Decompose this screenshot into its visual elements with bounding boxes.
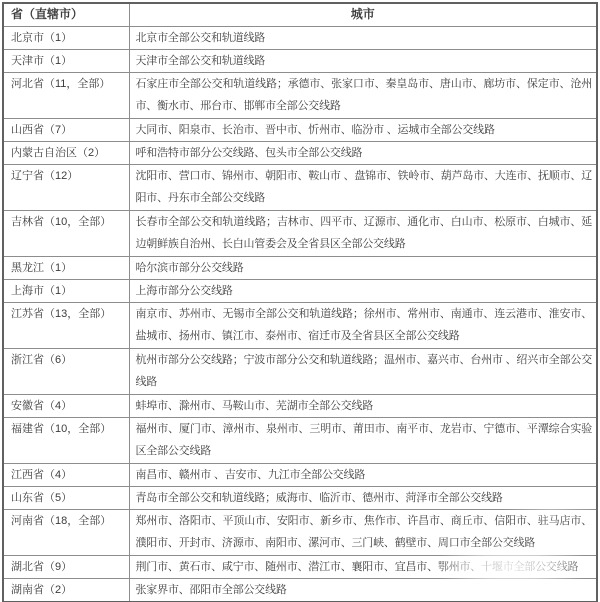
cities-cell: 上海市部分公交线路 <box>129 279 597 302</box>
cities-cell: 石家庄市全部公交和轨道线路；承德市、张家口市、秦皇岛市、唐山市、廊坊市、保定市、… <box>129 72 597 118</box>
province-cell: 安徽省（4） <box>3 394 129 417</box>
table-row: 河北省（11，全部） 石家庄市全部公交和轨道线路；承德市、张家口市、秦皇岛市、唐… <box>3 72 597 118</box>
province-cell: 吉林省（10，全部） <box>3 210 129 256</box>
table-row: 天津市（1） 天津市全部公交和轨道线路 <box>3 49 597 72</box>
table-row: 福建省（10，全部） 福州市、厦门市、漳州市、泉州市、三明市、莆田市、南平市、龙… <box>3 417 597 463</box>
table-row: 江西省（4） 南昌市、赣州市 、吉安市、九江市全部公交线路 <box>3 463 597 486</box>
header-row: 省（直辖市） 城市 <box>3 3 597 26</box>
province-cell: 上海市（1） <box>3 279 129 302</box>
cities-cell: 荆门市、黄石市、咸宁市、随州市、潜江市、襄阳市、宜昌市、鄂州市、十堰市全部公交线… <box>129 555 597 578</box>
table-row: 上海市（1） 上海市部分公交线路 <box>3 279 597 302</box>
table-row: 内蒙古自治区（2） 呼和浩特市部分公交线路、包头市全部公交线路 <box>3 141 597 164</box>
cities-cell: 北京市全部公交和轨道线路 <box>129 26 597 49</box>
cities-cell: 南京市、苏州市、无锡市全部公交和轨道线路；徐州市、常州市、南通市、连云港市、淮安… <box>129 302 597 348</box>
cities-cell: 郑州市、洛阳市、平顶山市、安阳市、新乡市、焦作市、许昌市、商丘市、信阳市、驻马店… <box>129 509 597 555</box>
province-cell: 福建省（10，全部） <box>3 417 129 463</box>
cities-cell: 大同市、阳泉市、长治市、晋中市、忻州市、临汾市 、运城市全部公交线路 <box>129 118 597 141</box>
page: 省（直辖市） 城市 北京市（1） 北京市全部公交和轨道线路 天津市（1） 天津市… <box>0 0 600 602</box>
table-row: 湖南省（2） 张家界市、邵阳市全部公交线路 <box>3 578 597 602</box>
cities-cell: 南昌市、赣州市 、吉安市、九江市全部公交线路 <box>129 463 597 486</box>
table-row: 安徽省（4） 蚌埠市、滁州市、马鞍山市、芜湖市全部公交线路 <box>3 394 597 417</box>
cities-cell: 天津市全部公交和轨道线路 <box>129 49 597 72</box>
province-cell: 河南省（18，全部） <box>3 509 129 555</box>
province-cell: 江苏省（13，全部） <box>3 302 129 348</box>
province-cell: 北京市（1） <box>3 26 129 49</box>
province-cell: 湖南省（2） <box>3 578 129 602</box>
header-province: 省（直辖市） <box>3 3 129 26</box>
cities-cell: 呼和浩特市部分公交线路、包头市全部公交线路 <box>129 141 597 164</box>
province-cell: 湖北省（9） <box>3 555 129 578</box>
cities-cell: 哈尔滨市部分公交线路 <box>129 256 597 279</box>
province-cell: 天津市（1） <box>3 49 129 72</box>
province-cell: 山西省（7） <box>3 118 129 141</box>
table-row: 河南省（18，全部） 郑州市、洛阳市、平顶山市、安阳市、新乡市、焦作市、许昌市、… <box>3 509 597 555</box>
table-row: 山东省（5） 青岛市全部公交和轨道线路；威海市、临沂市、德州市、菏泽市全部公交线… <box>3 486 597 509</box>
table-row: 浙江省（6） 杭州市部分公交线路；宁波市部分公交和轨道线路；温州市、嘉兴市、台州… <box>3 348 597 394</box>
table-row: 江苏省（13，全部） 南京市、苏州市、无锡市全部公交和轨道线路；徐州市、常州市、… <box>3 302 597 348</box>
province-cell: 黑龙江（1） <box>3 256 129 279</box>
table-row: 北京市（1） 北京市全部公交和轨道线路 <box>3 26 597 49</box>
table-row: 黑龙江（1） 哈尔滨市部分公交线路 <box>3 256 597 279</box>
cities-cell: 沈阳市、营口市、锦州市、朝阳市、鞍山市 、盘锦市、铁岭市、葫芦岛市、大连市、抚顺… <box>129 164 597 210</box>
table-row: 辽宁省（12） 沈阳市、营口市、锦州市、朝阳市、鞍山市 、盘锦市、铁岭市、葫芦岛… <box>3 164 597 210</box>
province-cell: 辽宁省（12） <box>3 164 129 210</box>
province-cell: 河北省（11，全部） <box>3 72 129 118</box>
province-cell: 山东省（5） <box>3 486 129 509</box>
table-row: 吉林省（10，全部） 长春市全部公交和轨道线路；吉林市、四平市、辽源市、通化市、… <box>3 210 597 256</box>
cities-cell: 青岛市全部公交和轨道线路；威海市、临沂市、德州市、菏泽市全部公交线路 <box>129 486 597 509</box>
province-cell: 江西省（4） <box>3 463 129 486</box>
cities-cell: 长春市全部公交和轨道线路；吉林市、四平市、辽源市、通化市、白山市、松原市、白城市… <box>129 210 597 256</box>
cities-cell: 杭州市部分公交线路；宁波市部分公交和轨道线路；温州市、嘉兴市、台州市 、绍兴市全… <box>129 348 597 394</box>
province-city-table: 省（直辖市） 城市 北京市（1） 北京市全部公交和轨道线路 天津市（1） 天津市… <box>2 2 598 602</box>
province-cell: 内蒙古自治区（2） <box>3 141 129 164</box>
cities-cell: 张家界市、邵阳市全部公交线路 <box>129 578 597 602</box>
header-city: 城市 <box>129 3 597 26</box>
province-cell: 浙江省（6） <box>3 348 129 394</box>
table-row: 湖北省（9） 荆门市、黄石市、咸宁市、随州市、潜江市、襄阳市、宜昌市、鄂州市、十… <box>3 555 597 578</box>
table-row: 山西省（7） 大同市、阳泉市、长治市、晋中市、忻州市、临汾市 、运城市全部公交线… <box>3 118 597 141</box>
cities-cell: 蚌埠市、滁州市、马鞍山市、芜湖市全部公交线路 <box>129 394 597 417</box>
cities-cell: 福州市、厦门市、漳州市、泉州市、三明市、莆田市、南平市、龙岩市、宁德市、平潭综合… <box>129 417 597 463</box>
